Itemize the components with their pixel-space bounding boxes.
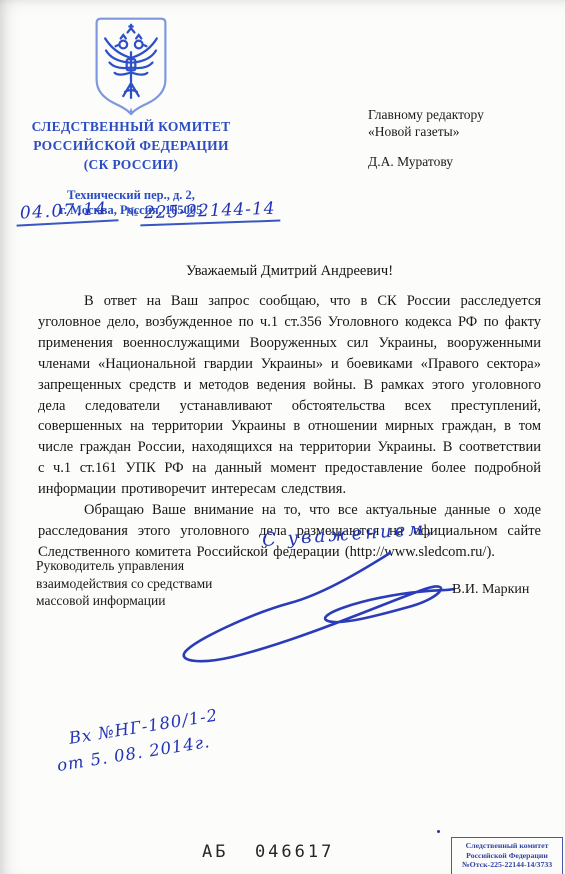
salutation: Уважаемый Дмитрий Андреевич! (38, 263, 541, 280)
stamp-line2: Российской Федерации (454, 851, 560, 861)
handwritten-date: 04.07.14 (15, 198, 118, 226)
recipient-name: Д.А. Муратову (368, 153, 484, 170)
letter-body: В ответ на Ваш запрос сообщаю, что в СК … (38, 291, 541, 563)
incoming-registration-note: Вх №НГ-180/1-2 от 5. 08. 2014г. (67, 703, 224, 776)
body-paragraph-1: В ответ на Ваш запрос сообщаю, что в СК … (38, 291, 541, 500)
blank-serial-number: АБ 046617 (202, 842, 334, 862)
number-sign: № (126, 204, 138, 219)
signer-name: В.И. Маркин (452, 582, 529, 598)
recipient-block: Главному редактору «Новой газеты» Д.А. М… (368, 106, 484, 170)
signer-position-line1: Руководитель управления (36, 557, 212, 575)
stamp-line3: №Отск-225-22144-14/3733 (454, 860, 560, 870)
recipient-title-line2: «Новой газеты» (368, 123, 484, 140)
signer-position-line3: массовой информации (36, 592, 212, 610)
letterhead: СЛЕДСТВЕННЫЙ КОМИТЕТ РОССИЙСКОЙ ФЕДЕРАЦИ… (12, 16, 250, 218)
signer-position-line2: взаимодействия со средствами (36, 575, 212, 593)
scanned-letter-page: СЛЕДСТВЕННЫЙ КОМИТЕТ РОССИЙСКОЙ ФЕДЕРАЦИ… (0, 0, 565, 874)
reference-line: 04.07.14№225-22144-14 (16, 201, 266, 224)
org-name-line1: СЛЕДСТВЕННЫЙ КОМИТЕТ (12, 119, 250, 135)
handwritten-outgoing-number: 225-22144-14 (140, 199, 280, 227)
ink-dot-artifact (437, 830, 440, 833)
stamp-line1: Следственный комитет (454, 841, 560, 851)
registration-stamp: Следственный комитет Российской Федераци… (451, 837, 563, 874)
signer-position: Руководитель управления взаимодействия с… (36, 557, 212, 610)
org-name-line2: РОССИЙСКОЙ ФЕДЕРАЦИИ (12, 138, 250, 154)
coat-of-arms-icon (88, 16, 174, 116)
recipient-title-line1: Главному редактору (368, 106, 484, 123)
org-name-line3: (СК РОССИИ) (12, 157, 250, 173)
